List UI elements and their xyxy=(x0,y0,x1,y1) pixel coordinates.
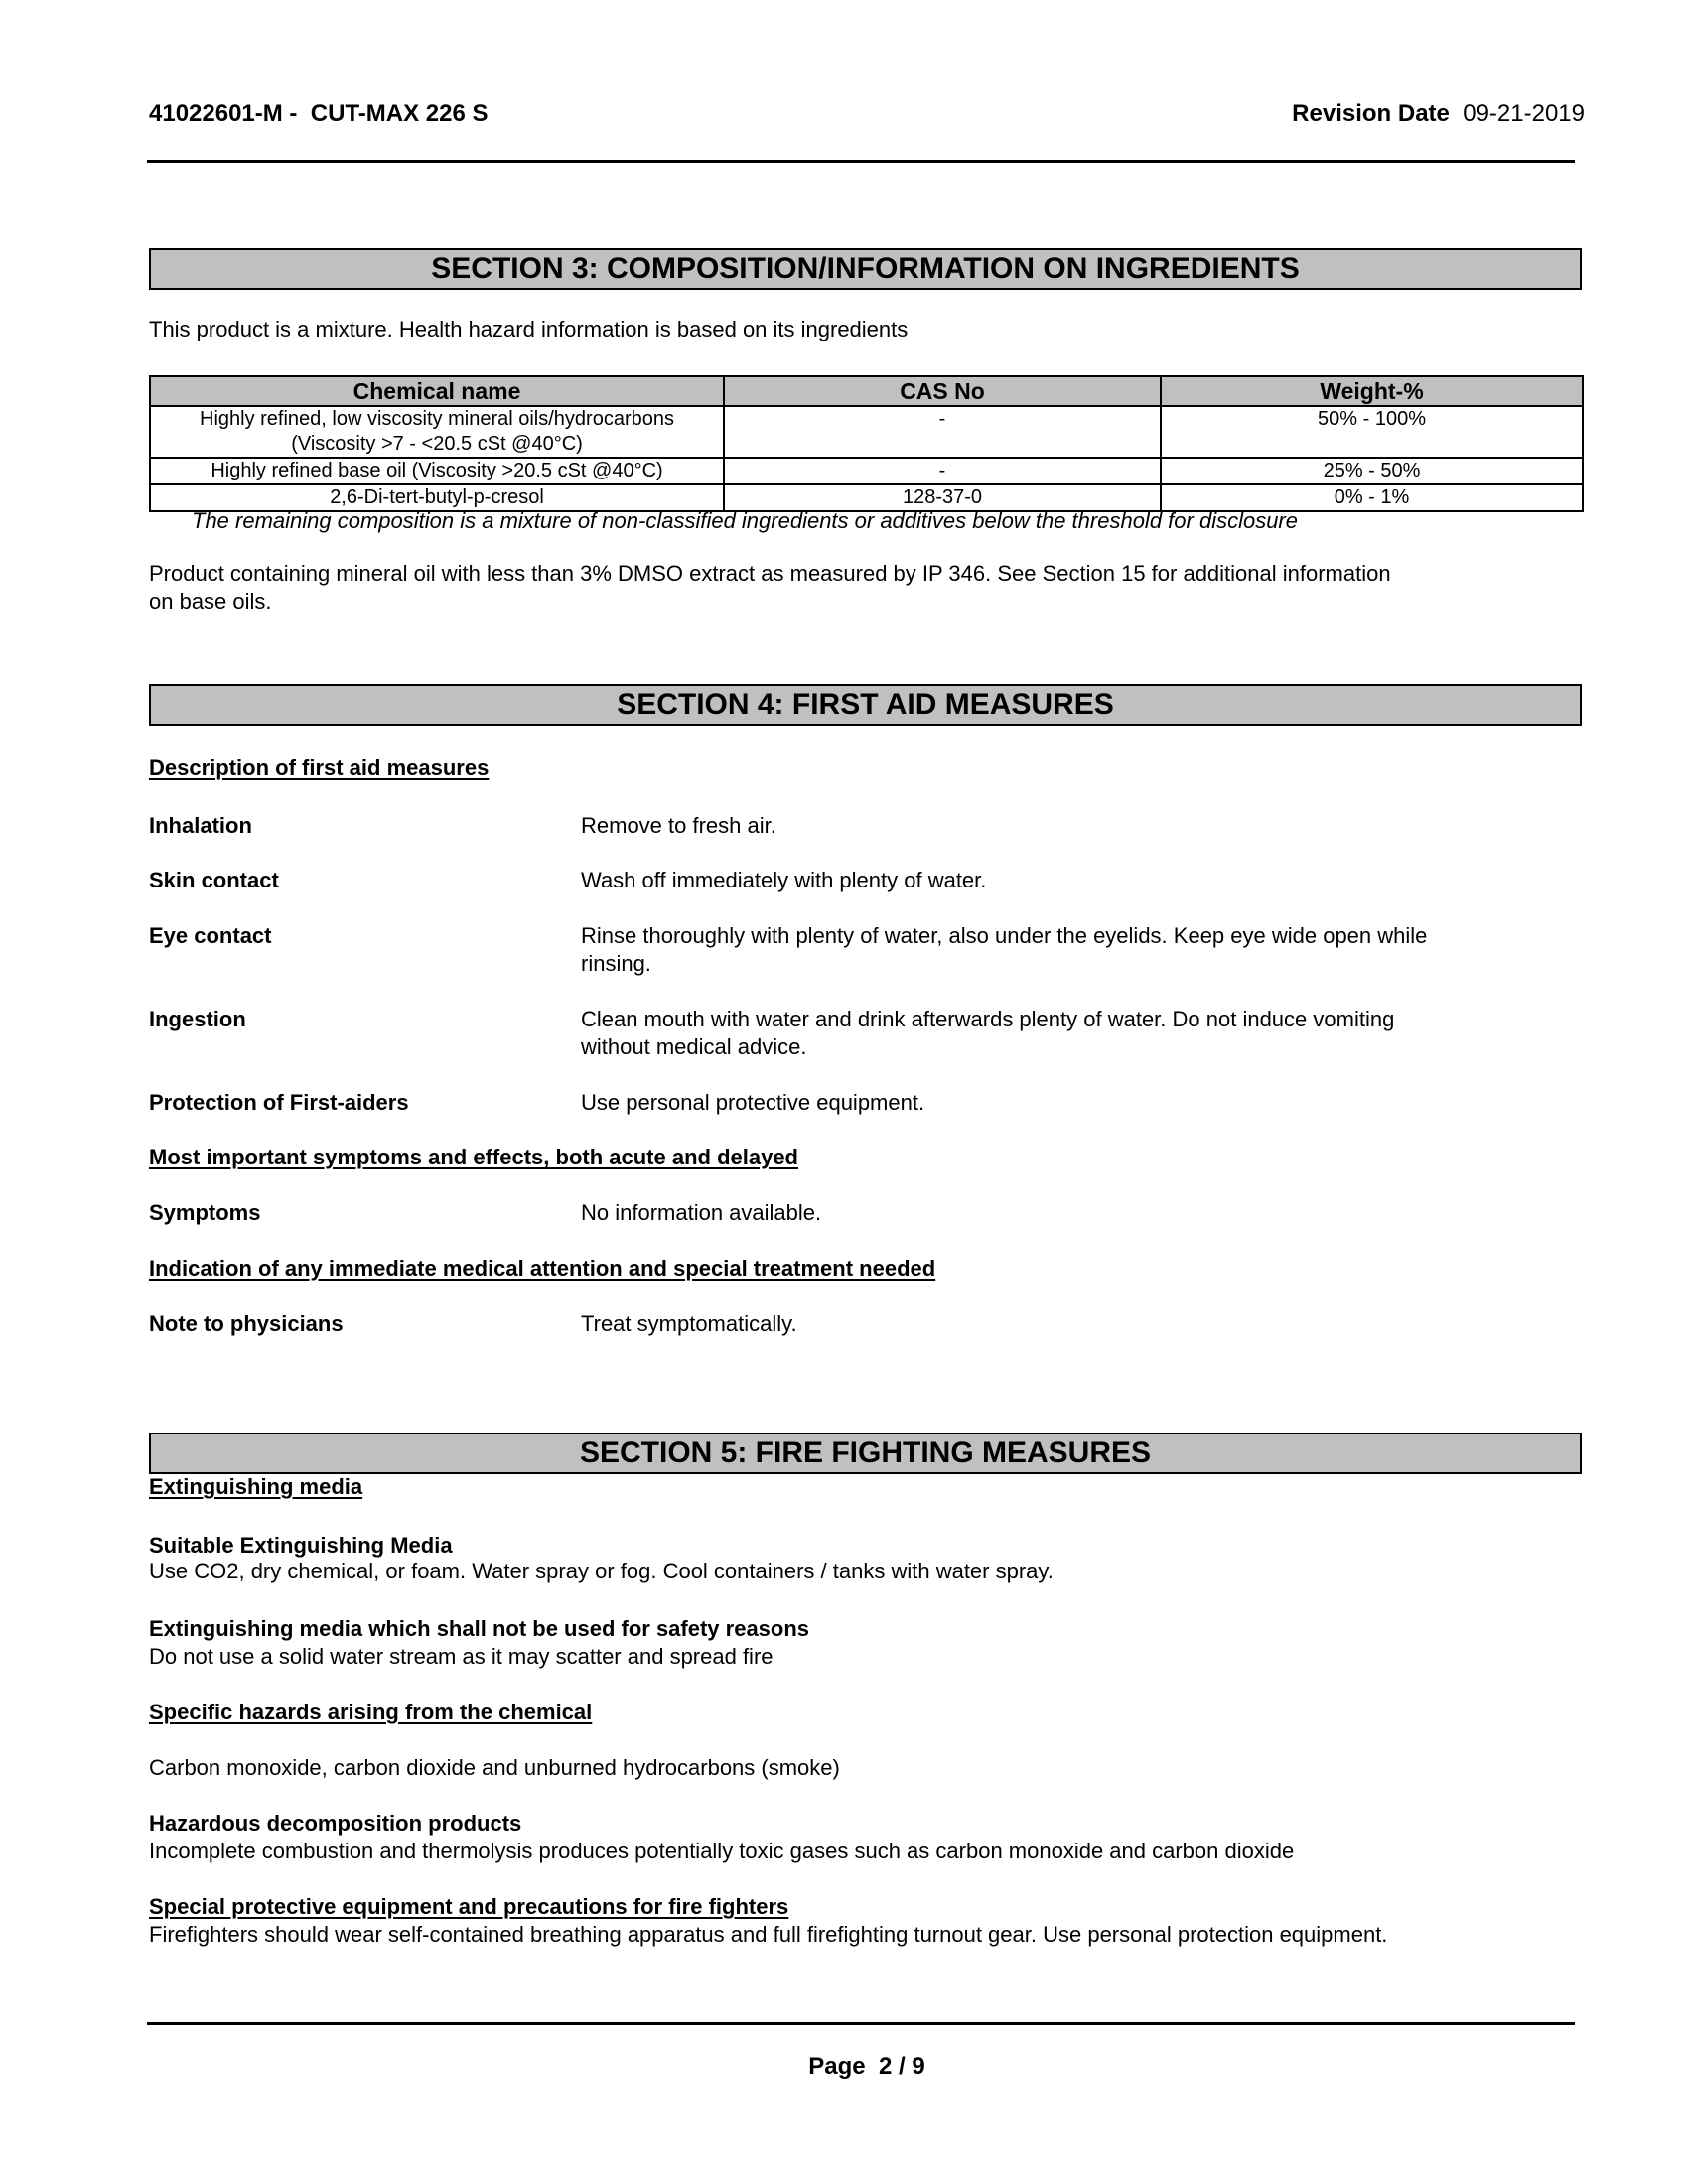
extinguishing-media-heading: Extinguishing media xyxy=(149,1473,362,1501)
product-code: 41022601-M - xyxy=(149,100,297,127)
chemical-name-cell: 2,6-Di-tert-butyl-p-cresol xyxy=(150,484,724,511)
table-header-row: Chemical name CAS No Weight-% xyxy=(150,376,1583,406)
ingestion-value-line1: Clean mouth with water and drink afterwa… xyxy=(581,1006,1394,1033)
weight-cell: 0% - 1% xyxy=(1161,484,1583,511)
revision-label: Revision Date xyxy=(1292,100,1450,127)
skin-contact-value: Wash off immediately with plenty of wate… xyxy=(581,867,986,894)
symptoms-value: No information available. xyxy=(581,1199,821,1227)
inhalation-label: Inhalation xyxy=(149,812,252,840)
page-indicator: Page 2 / 9 xyxy=(0,2053,1688,2081)
note-to-physicians-value: Treat symptomatically. xyxy=(581,1310,797,1338)
footer-divider xyxy=(147,2022,1575,2025)
column-header-cas-no: CAS No xyxy=(724,376,1161,406)
table-row: Highly refined base oil (Viscosity >20.5… xyxy=(150,458,1583,484)
decomposition-value: Incomplete combustion and thermolysis pr… xyxy=(149,1838,1294,1865)
cas-no-cell: 128-37-0 xyxy=(724,484,1161,511)
composition-note: The remaining composition is a mixture o… xyxy=(192,508,1298,534)
eye-contact-value-line2: rinsing. xyxy=(581,950,651,978)
note-to-physicians-label: Note to physicians xyxy=(149,1310,344,1338)
suitable-media-value: Use CO2, dry chemical, or foam. Water sp… xyxy=(149,1558,1054,1585)
weight-cell: 50% - 100% xyxy=(1161,406,1583,458)
header-divider xyxy=(147,160,1575,163)
specific-hazards-heading: Specific hazards arising from the chemic… xyxy=(149,1699,592,1726)
symptoms-label: Symptoms xyxy=(149,1199,260,1227)
section-5-heading: SECTION 5: FIRE FIGHTING MEASURES xyxy=(149,1433,1582,1474)
page-number: 2 / 9 xyxy=(879,2053,925,2080)
cas-no-cell: - xyxy=(724,406,1161,458)
protection-first-aiders-label: Protection of First-aiders xyxy=(149,1089,409,1117)
section-3-intro: This product is a mixture. Health hazard… xyxy=(149,316,908,343)
cas-no-cell: - xyxy=(724,458,1161,484)
eye-contact-value-line1: Rinse thoroughly with plenty of water, a… xyxy=(581,922,1427,950)
section-3-heading: SECTION 3: COMPOSITION/INFORMATION ON IN… xyxy=(149,248,1582,290)
first-aid-description-heading: Description of first aid measures xyxy=(149,754,489,782)
mineral-oil-statement-line1: Product containing mineral oil with less… xyxy=(149,560,1391,588)
unsuitable-media-label: Extinguishing media which shall not be u… xyxy=(149,1615,809,1643)
section-4-heading: SECTION 4: FIRST AID MEASURES xyxy=(149,684,1582,726)
medical-attention-heading: Indication of any immediate medical atte… xyxy=(149,1255,935,1283)
specific-hazards-value: Carbon monoxide, carbon dioxide and unbu… xyxy=(149,1754,840,1782)
weight-cell: 25% - 50% xyxy=(1161,458,1583,484)
composition-table: Chemical name CAS No Weight-% Highly ref… xyxy=(149,375,1584,512)
protection-first-aiders-value: Use personal protective equipment. xyxy=(581,1089,924,1117)
product-name: CUT-MAX 226 S xyxy=(311,100,489,127)
document-header-right: Revision Date 09-21-2019 xyxy=(1292,100,1585,128)
table-row: Highly refined, low viscosity mineral oi… xyxy=(150,406,1583,458)
symptoms-heading: Most important symptoms and effects, bot… xyxy=(149,1144,798,1171)
suitable-media-label: Suitable Extinguishing Media xyxy=(149,1532,453,1560)
chemical-name-cell: Highly refined base oil (Viscosity >20.5… xyxy=(150,458,724,484)
unsuitable-media-value: Do not use a solid water stream as it ma… xyxy=(149,1643,774,1671)
ingestion-label: Ingestion xyxy=(149,1006,246,1033)
protective-equipment-value: Firefighters should wear self-contained … xyxy=(149,1921,1387,1949)
inhalation-value: Remove to fresh air. xyxy=(581,812,776,840)
page-label: Page xyxy=(808,2053,865,2080)
eye-contact-label: Eye contact xyxy=(149,922,272,950)
protective-equipment-heading: Special protective equipment and precaut… xyxy=(149,1893,788,1921)
ingestion-value-line2: without medical advice. xyxy=(581,1033,806,1061)
document-header-left: 41022601-M - CUT-MAX 226 S xyxy=(149,100,489,128)
mineral-oil-statement-line2: on base oils. xyxy=(149,588,272,615)
chemical-name-cell: Highly refined, low viscosity mineral oi… xyxy=(150,406,724,458)
table-row: 2,6-Di-tert-butyl-p-cresol 128-37-0 0% -… xyxy=(150,484,1583,511)
decomposition-label: Hazardous decomposition products xyxy=(149,1810,521,1838)
column-header-chemical-name: Chemical name xyxy=(150,376,724,406)
column-header-weight: Weight-% xyxy=(1161,376,1583,406)
revision-date: 09-21-2019 xyxy=(1463,100,1585,127)
skin-contact-label: Skin contact xyxy=(149,867,279,894)
